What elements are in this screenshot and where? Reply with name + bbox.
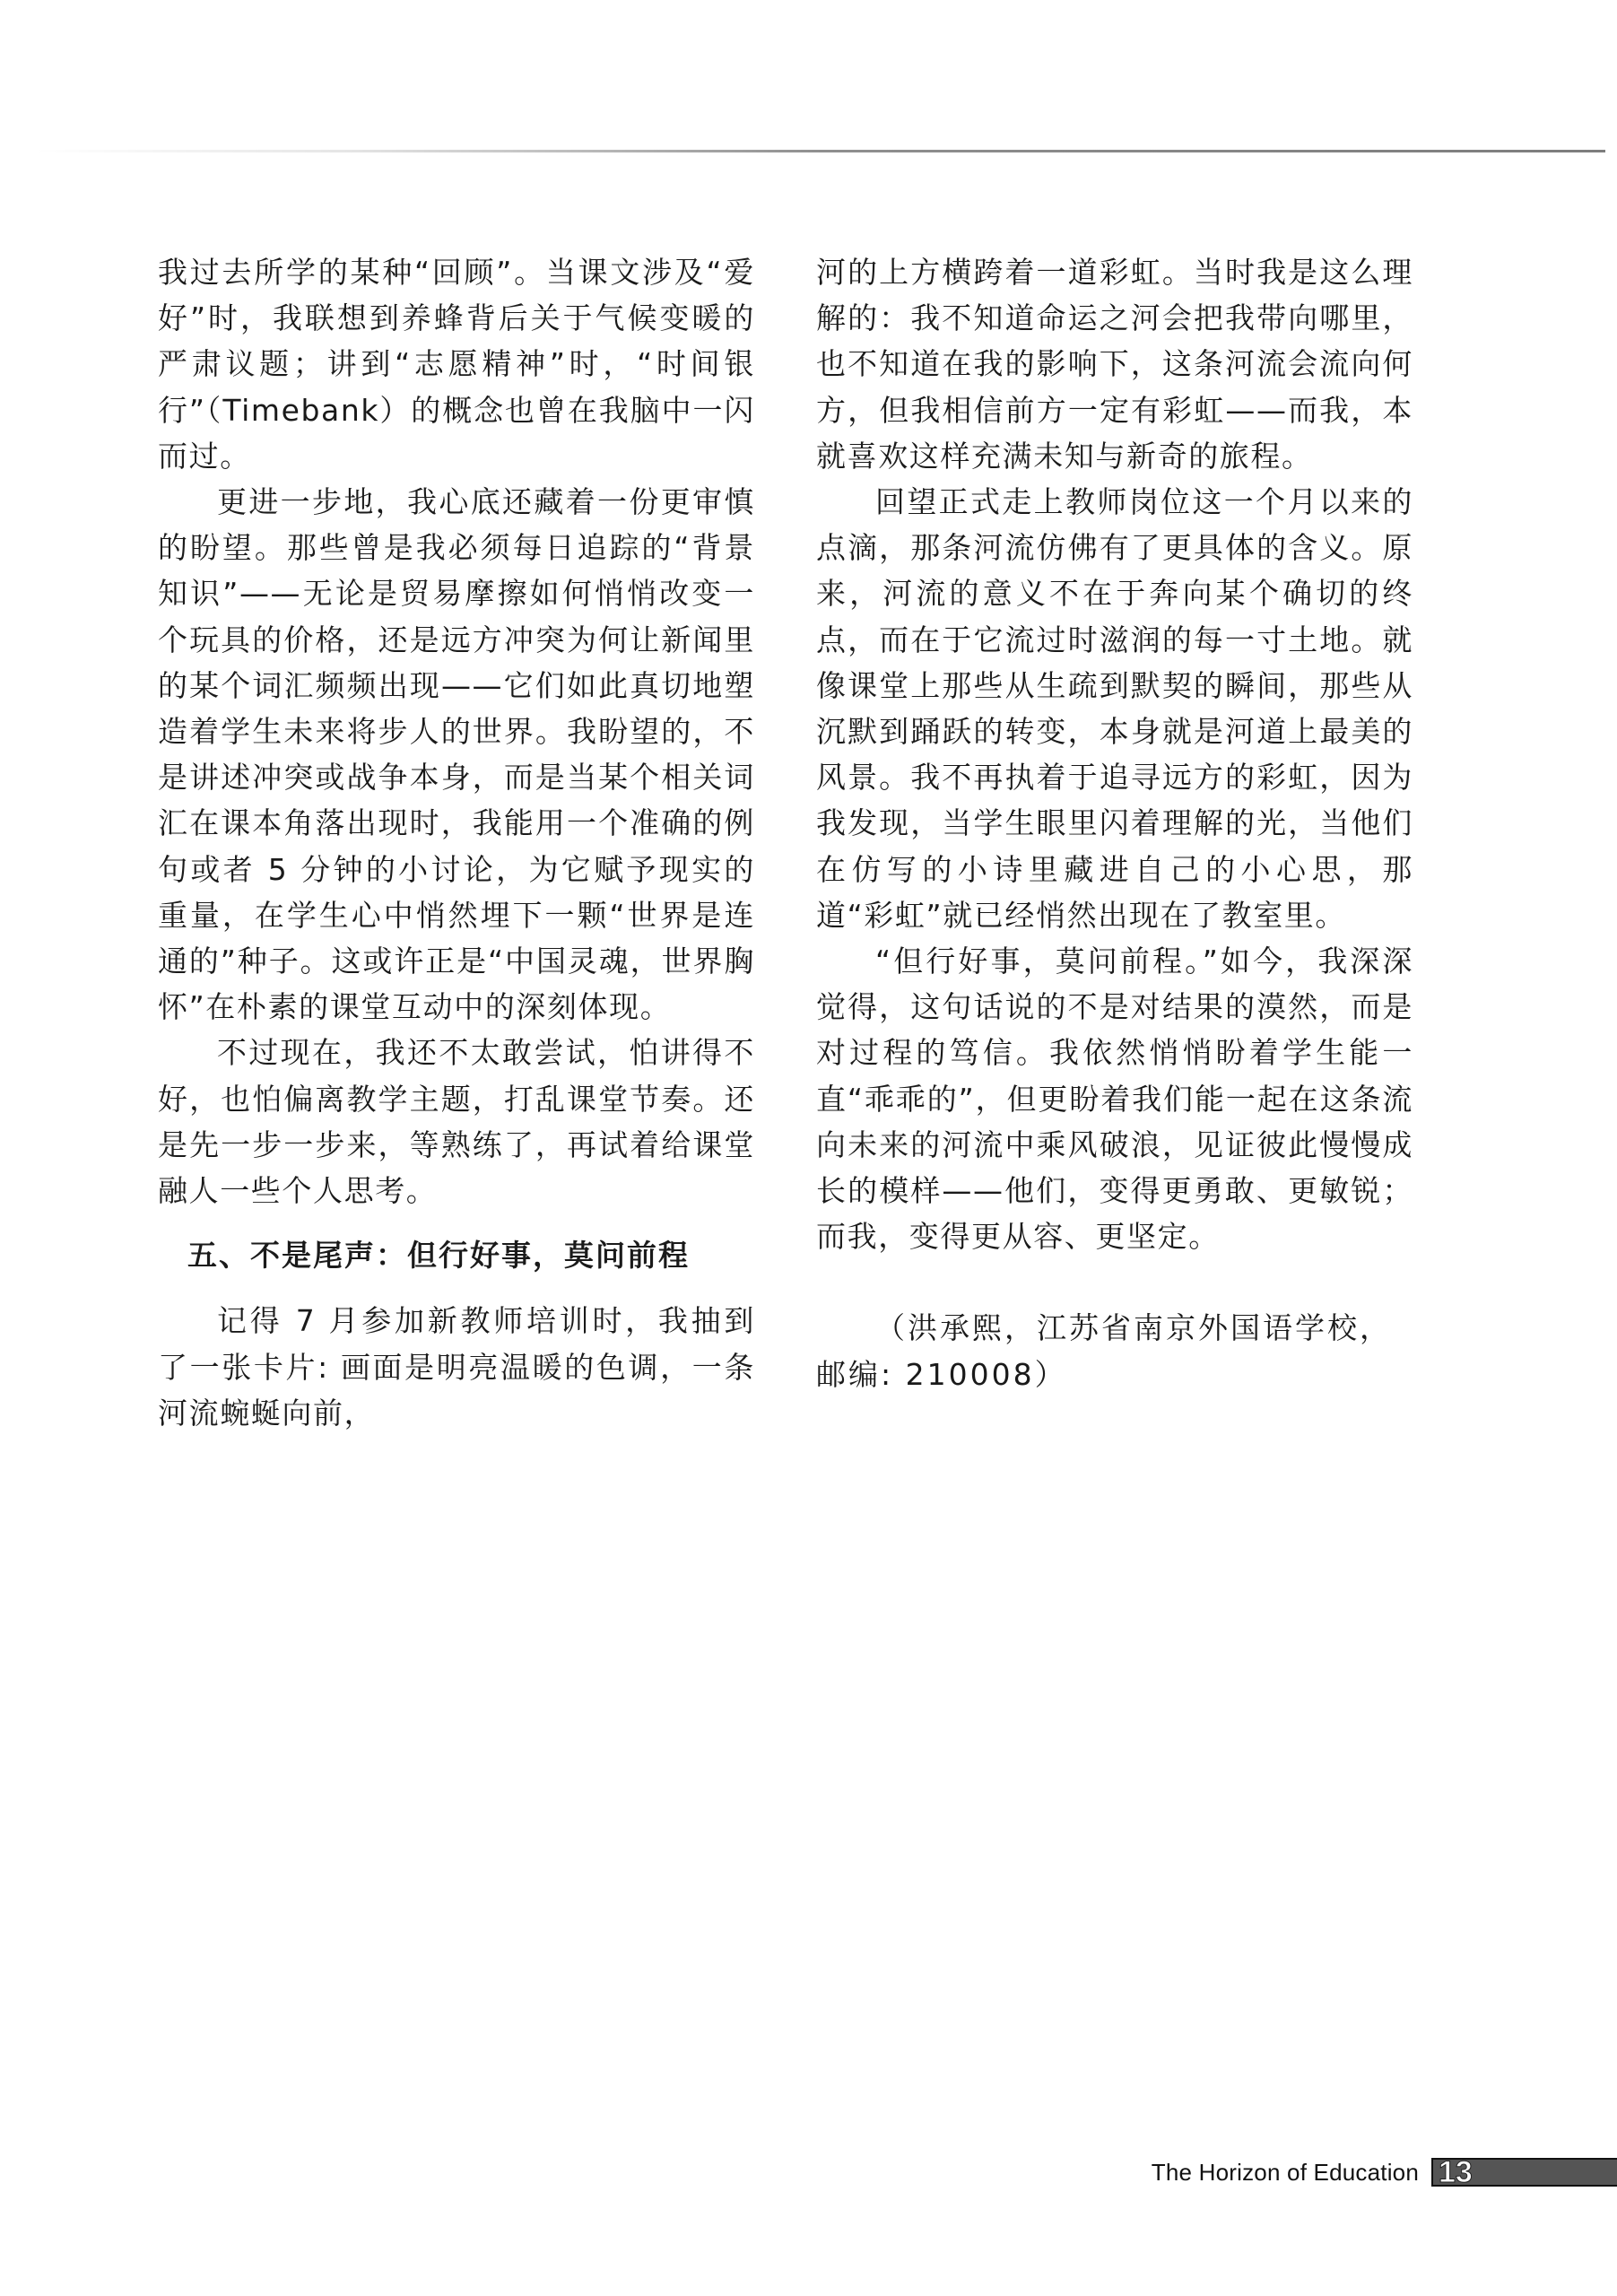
- paragraph: 更进一步地，我心底还藏着一份更审慎的盼望。那些曾是我必须每日追踪的“背景知识”—…: [158, 479, 755, 1030]
- paragraph: 记得 7 月参加新教师培训时，我抽到了一张卡片: 画面是明亮温暖的色调，一条河流…: [158, 1298, 755, 1436]
- paragraph: 不过现在，我还不太敢尝试，怕讲得不好，也怕偏离教学主题，打乱课堂节奏。还是先一步…: [158, 1030, 755, 1213]
- journal-name: The Horizon of Education: [1152, 2159, 1419, 2187]
- author-signature: （洪承熙，江苏省南京外国语学校，邮编: 210008）: [816, 1305, 1413, 1396]
- page-footer: The Horizon of Education 13: [1152, 2156, 1617, 2188]
- paragraph: 回望正式走上教师岗位这一个月以来的点滴，那条河流仿佛有了更具体的含义。原来，河流…: [816, 479, 1413, 938]
- paragraph: 我过去所学的某种“回顾”。当课文涉及“爱好”时，我联想到养蜂背后关于气候变暖的严…: [158, 249, 755, 479]
- left-column: 我过去所学的某种“回顾”。当课文涉及“爱好”时，我联想到养蜂背后关于气候变暖的严…: [158, 249, 755, 1436]
- header-rule: [36, 150, 1605, 152]
- page-number: 13: [1439, 2157, 1473, 2187]
- paragraph: “但行好事，莫问前程。”如今，我深深觉得，这句话说的不是对结果的漠然，而是对过程…: [816, 938, 1413, 1259]
- page-number-badge: 13: [1431, 2158, 1617, 2187]
- paragraph: 河的上方横跨着一道彩虹。当时我是这么理解的：我不知道命运之河会把我带向哪里，也不…: [816, 249, 1413, 479]
- right-column: 河的上方横跨着一道彩虹。当时我是这么理解的：我不知道命运之河会把我带向哪里，也不…: [816, 249, 1413, 1397]
- section-heading: 五、不是尾声：但行好事，莫问前程: [158, 1232, 755, 1278]
